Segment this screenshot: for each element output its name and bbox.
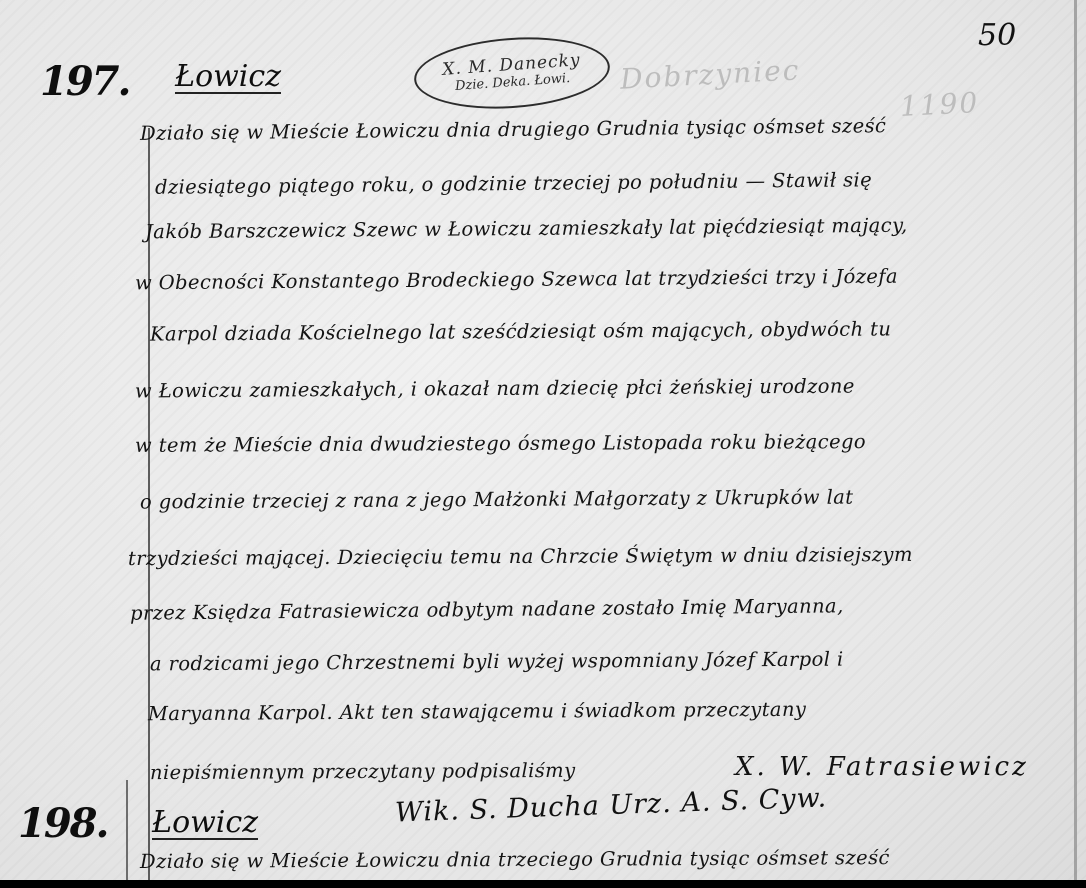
bleed-through-text: 1190 — [899, 86, 980, 123]
bleed-through-text: Dobrzyniec — [619, 53, 801, 95]
margin-rule — [126, 780, 128, 880]
record-line: w tem że Mieście dnia dwudziestego ósmeg… — [135, 430, 866, 457]
civil-registrar-signature: Wik. S. Ducha Urz. A. S. Cyw. — [395, 782, 828, 828]
page-edge — [1074, 0, 1077, 880]
record-line: przez Księdza Fatrasiewicza odbytym nada… — [130, 594, 844, 624]
parish-stamp: X. M. Danecky Dzie. Deka. Łowi. — [412, 31, 612, 115]
record-line: dziesiątego piątego roku, o godzinie trz… — [155, 168, 872, 199]
record-line: Jakób Barszczewicz Szewc w Łowiczu zamie… — [145, 214, 908, 244]
entry-place: Łowicz — [152, 808, 258, 840]
page-number: 50 — [978, 18, 1016, 53]
scan-border — [0, 880, 1086, 888]
record-line: trzydzieści mającej. Dziecięciu temu na … — [128, 543, 913, 570]
register-page: 50 Dobrzyniec 1190 X. M. Danecky Dzie. D… — [0, 0, 1086, 880]
entry-number: 197. — [40, 58, 129, 105]
priest-signature: X. W. Fatrasiewicz — [735, 752, 1029, 782]
record-line: Działo się w Mieście Łowiczu dnia drugie… — [140, 114, 887, 145]
entry-place: Łowicz — [175, 62, 281, 94]
record-line: Maryanna Karpol. Akt ten stawającemu i ś… — [148, 698, 806, 726]
record-line: Działo się w Mieście Łowiczu dnia trzeci… — [140, 846, 890, 873]
record-line: w Łowiczu zamieszkałych, i okazał nam dz… — [135, 374, 855, 402]
record-line: w Obecności Konstantego Brodeckiego Szew… — [135, 265, 898, 295]
record-line: a rodzicami jego Chrzestnemi byli wyżej … — [150, 648, 844, 676]
record-line: niepiśmiennym przeczytany podpisaliśmy — [150, 759, 576, 784]
record-line: o godzinie trzeciej z rana z jego Małżon… — [140, 486, 854, 514]
entry-number: 198. — [18, 800, 107, 847]
record-line: Karpol dziada Kościelnego lat sześćdzies… — [150, 317, 891, 345]
